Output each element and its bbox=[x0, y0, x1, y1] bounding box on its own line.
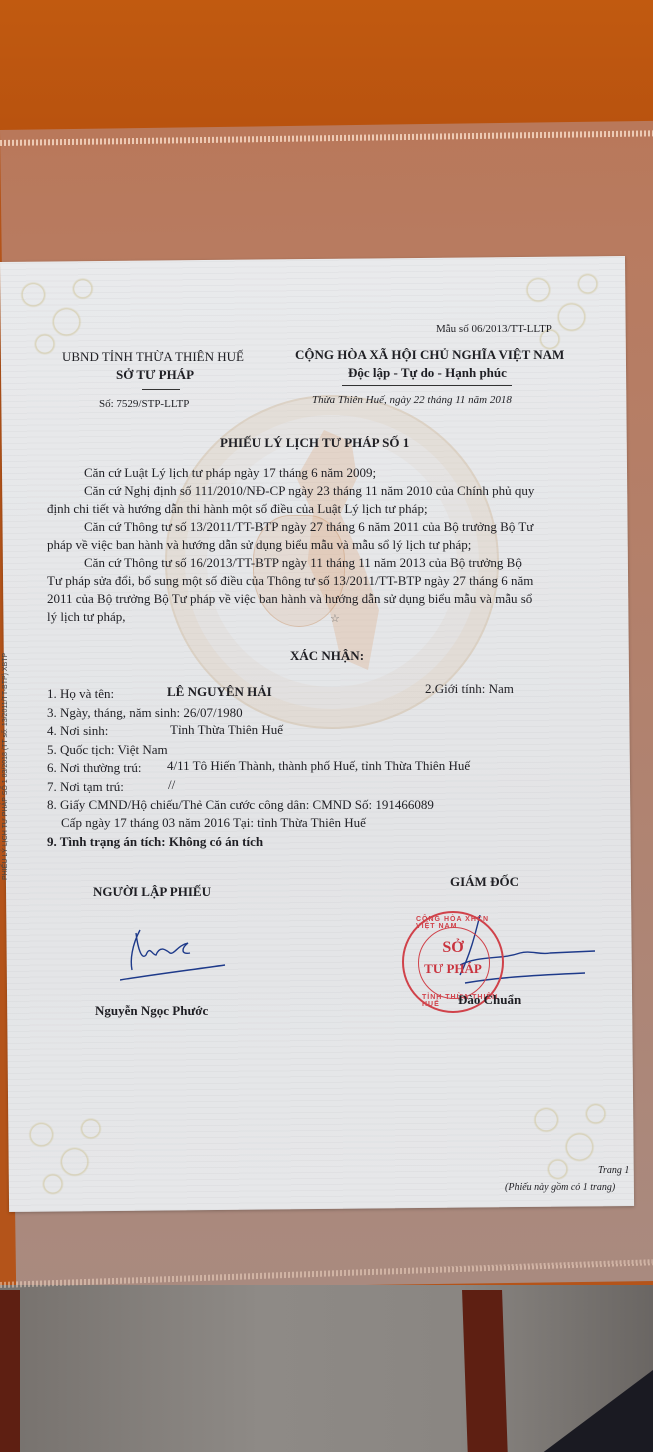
page-number: Trang 1 bbox=[598, 1165, 629, 1176]
id-issue-info: Cấp ngày 17 tháng 03 năm 2016 Tại: tỉnh … bbox=[61, 815, 366, 831]
preamble-line: Căn cứ Nghị định số 111/2010/NĐ-CP ngày … bbox=[84, 483, 534, 499]
stamp-center-text: SỞ bbox=[404, 939, 502, 957]
stamp-center-text: TƯ PHÁP bbox=[404, 961, 502, 977]
preamble-line: Căn cứ Luật Lý lịch tư pháp ngày 17 thán… bbox=[84, 465, 376, 481]
preamble-line: Căn cứ Thông tư số 13/2011/TT-BTP ngày 2… bbox=[84, 519, 533, 535]
name-label: 1. Họ và tên: bbox=[47, 686, 114, 702]
director-name: Đào Chuẩn bbox=[458, 992, 521, 1008]
birthplace-value: Tỉnh Thừa Thiên Huế bbox=[170, 722, 283, 738]
floor-background bbox=[0, 1285, 653, 1452]
chair-leg-left bbox=[0, 1290, 20, 1452]
preparer-name: Nguyễn Ngọc Phước bbox=[95, 1003, 208, 1019]
issuer-line1: UBND TỈNH THỪA THIÊN HUẾ bbox=[62, 349, 244, 365]
confirm-heading: XÁC NHẬN: bbox=[290, 648, 364, 664]
id-document: 8. Giấy CMND/Hộ chiếu/Thẻ Căn cước công … bbox=[47, 797, 434, 813]
document-title: PHIẾU LÝ LỊCH TƯ PHÁP SỐ 1 bbox=[220, 435, 409, 451]
nationality: 5. Quốc tịch: Việt Nam bbox=[47, 742, 168, 758]
preamble-line: Căn cứ Thông tư số 16/2013/TT-BTP ngày 1… bbox=[84, 555, 522, 571]
side-print-text: PHIẾU LÝ LỊCH TƯ PHÁP SỐ 1 03/2018 (TT s… bbox=[2, 653, 9, 880]
corner-ornament-icon bbox=[8, 1101, 119, 1212]
preamble-line: Tư pháp sửa đổi, bổ sung một số điều của… bbox=[47, 573, 533, 589]
national-title: CỘNG HÒA XÃ HỘI CHỦ NGHĨA VIỆT NAM bbox=[295, 347, 564, 363]
motto-underline bbox=[342, 385, 512, 386]
preparer-title: NGƯỜI LẬP PHIẾU bbox=[93, 884, 211, 900]
chair-leg-right bbox=[462, 1290, 508, 1452]
issuer-line2: SỞ TƯ PHÁP bbox=[116, 367, 194, 383]
preamble-line: 2011 của Bộ trưởng Bộ Tư pháp về việc ba… bbox=[47, 591, 532, 607]
date-of-birth: 3. Ngày, tháng, năm sinh: 26/07/1980 bbox=[47, 705, 243, 721]
criminal-record-status: 9. Tình trạng án tích: Không có án tích bbox=[47, 834, 263, 850]
temporary-residence-value: // bbox=[168, 777, 175, 793]
temporary-residence-label: 7. Nơi tạm trú: bbox=[47, 779, 124, 795]
director-title: GIÁM ĐỐC bbox=[450, 874, 519, 890]
name-value: LÊ NGUYÊN HẢI bbox=[167, 684, 272, 700]
preamble-line: định chi tiết và hướng dẫn thi hành một … bbox=[47, 501, 428, 517]
preamble-line: pháp về việc ban hành và hướng dẫn sử dụ… bbox=[47, 537, 471, 553]
national-motto: Độc lập - Tự do - Hạnh phúc bbox=[348, 365, 507, 381]
issuer-underline bbox=[142, 389, 180, 390]
doc-number: Số: 7529/STP-LLTP bbox=[99, 398, 189, 410]
page-count-note: (Phiếu này gồm có 1 trang) bbox=[505, 1182, 615, 1193]
permanent-residence-value: 4/11 Tô Hiến Thành, thành phố Huế, tỉnh … bbox=[167, 758, 470, 774]
table-surface bbox=[0, 0, 653, 140]
gender: 2.Giới tính: Nam bbox=[425, 681, 514, 697]
preparer-signature-icon bbox=[120, 925, 230, 985]
place-date: Thừa Thiên Huế, ngày 22 tháng 11 năm 201… bbox=[312, 394, 512, 406]
form-number: Mẫu số 06/2013/TT-LLTP bbox=[436, 323, 552, 335]
stamp-top-text: CỘNG HÒA XHCN VIỆT NAM bbox=[416, 916, 502, 930]
preamble-line: lý lịch tư pháp, bbox=[47, 609, 126, 625]
corner-ornament-icon bbox=[513, 1086, 624, 1197]
permanent-residence-label: 6. Nơi thường trú: bbox=[47, 760, 141, 776]
star-icon: ☆ bbox=[330, 612, 340, 625]
birthplace-label: 4. Nơi sinh: bbox=[47, 723, 108, 739]
